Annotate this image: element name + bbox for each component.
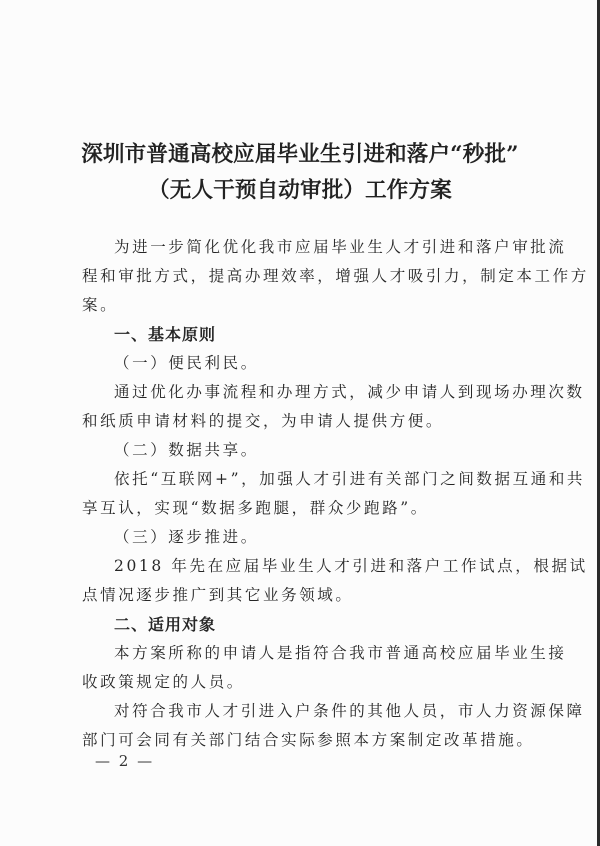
paragraph-other-persons-line-1: 对符合我市人才引进入户条件的其他人员，市人力资源保障 [114, 699, 585, 721]
section-heading-applicable-persons: 二、适用对象 [114, 612, 216, 635]
paragraph-gradual-rollout-line-2: 点情况逐步推广到其它业务领域。 [82, 583, 354, 605]
document-page: 深圳市普通高校应届毕业生引进和落户“秒批” （无人干预自动审批）工作方案 为进一… [0, 0, 600, 846]
intro-paragraph-line-2: 程和审批方式，提高办理效率，增强人才吸引力，制定本工作方 [82, 264, 589, 286]
page-number: — 2 — [95, 752, 154, 770]
paragraph-gradual-rollout-line-1: 2018 年先在应届毕业生人才引进和落户工作试点，根据试 [114, 554, 588, 576]
subsection-heading-data-sharing: （二）数据共享。 [114, 438, 259, 460]
paragraph-data-sharing-line-2: 享互认，实现“数据多跑腿，群众少跑路”。 [82, 496, 429, 518]
intro-paragraph-line-1: 为进一步简化优化我市应届毕业生人才引进和落户审批流 [114, 235, 567, 257]
paragraph-data-sharing-line-1: 依托“互联网+”，加强人才引进有关部门之间数据互通和共 [114, 467, 585, 489]
document-title-line-1: 深圳市普通高校应届毕业生引进和落户“秒批” [0, 137, 600, 168]
document-title-line-2: （无人干预自动审批）工作方案 [0, 173, 600, 204]
paragraph-convenience-line-1: 通过优化办事流程和办理方式，减少申请人到现场办理次数 [114, 380, 585, 402]
section-heading-basic-principles: 一、基本原则 [114, 322, 216, 345]
paragraph-applicants-line-2: 收政策规定的人员。 [82, 670, 245, 692]
paragraph-other-persons-line-2: 部门可会同有关部门结合实际参照本方案制定改革措施。 [82, 728, 535, 750]
subsection-heading-gradual-rollout: （三）逐步推进。 [114, 525, 259, 547]
intro-paragraph-line-3: 案。 [82, 293, 118, 315]
paragraph-applicants-line-1: 本方案所称的申请人是指符合我市普通高校应届毕业生接 [114, 641, 567, 663]
subsection-heading-convenience: （一）便民利民。 [114, 351, 259, 373]
paragraph-convenience-line-2: 和纸质申请材料的提交，为申请人提供方便。 [82, 409, 444, 431]
